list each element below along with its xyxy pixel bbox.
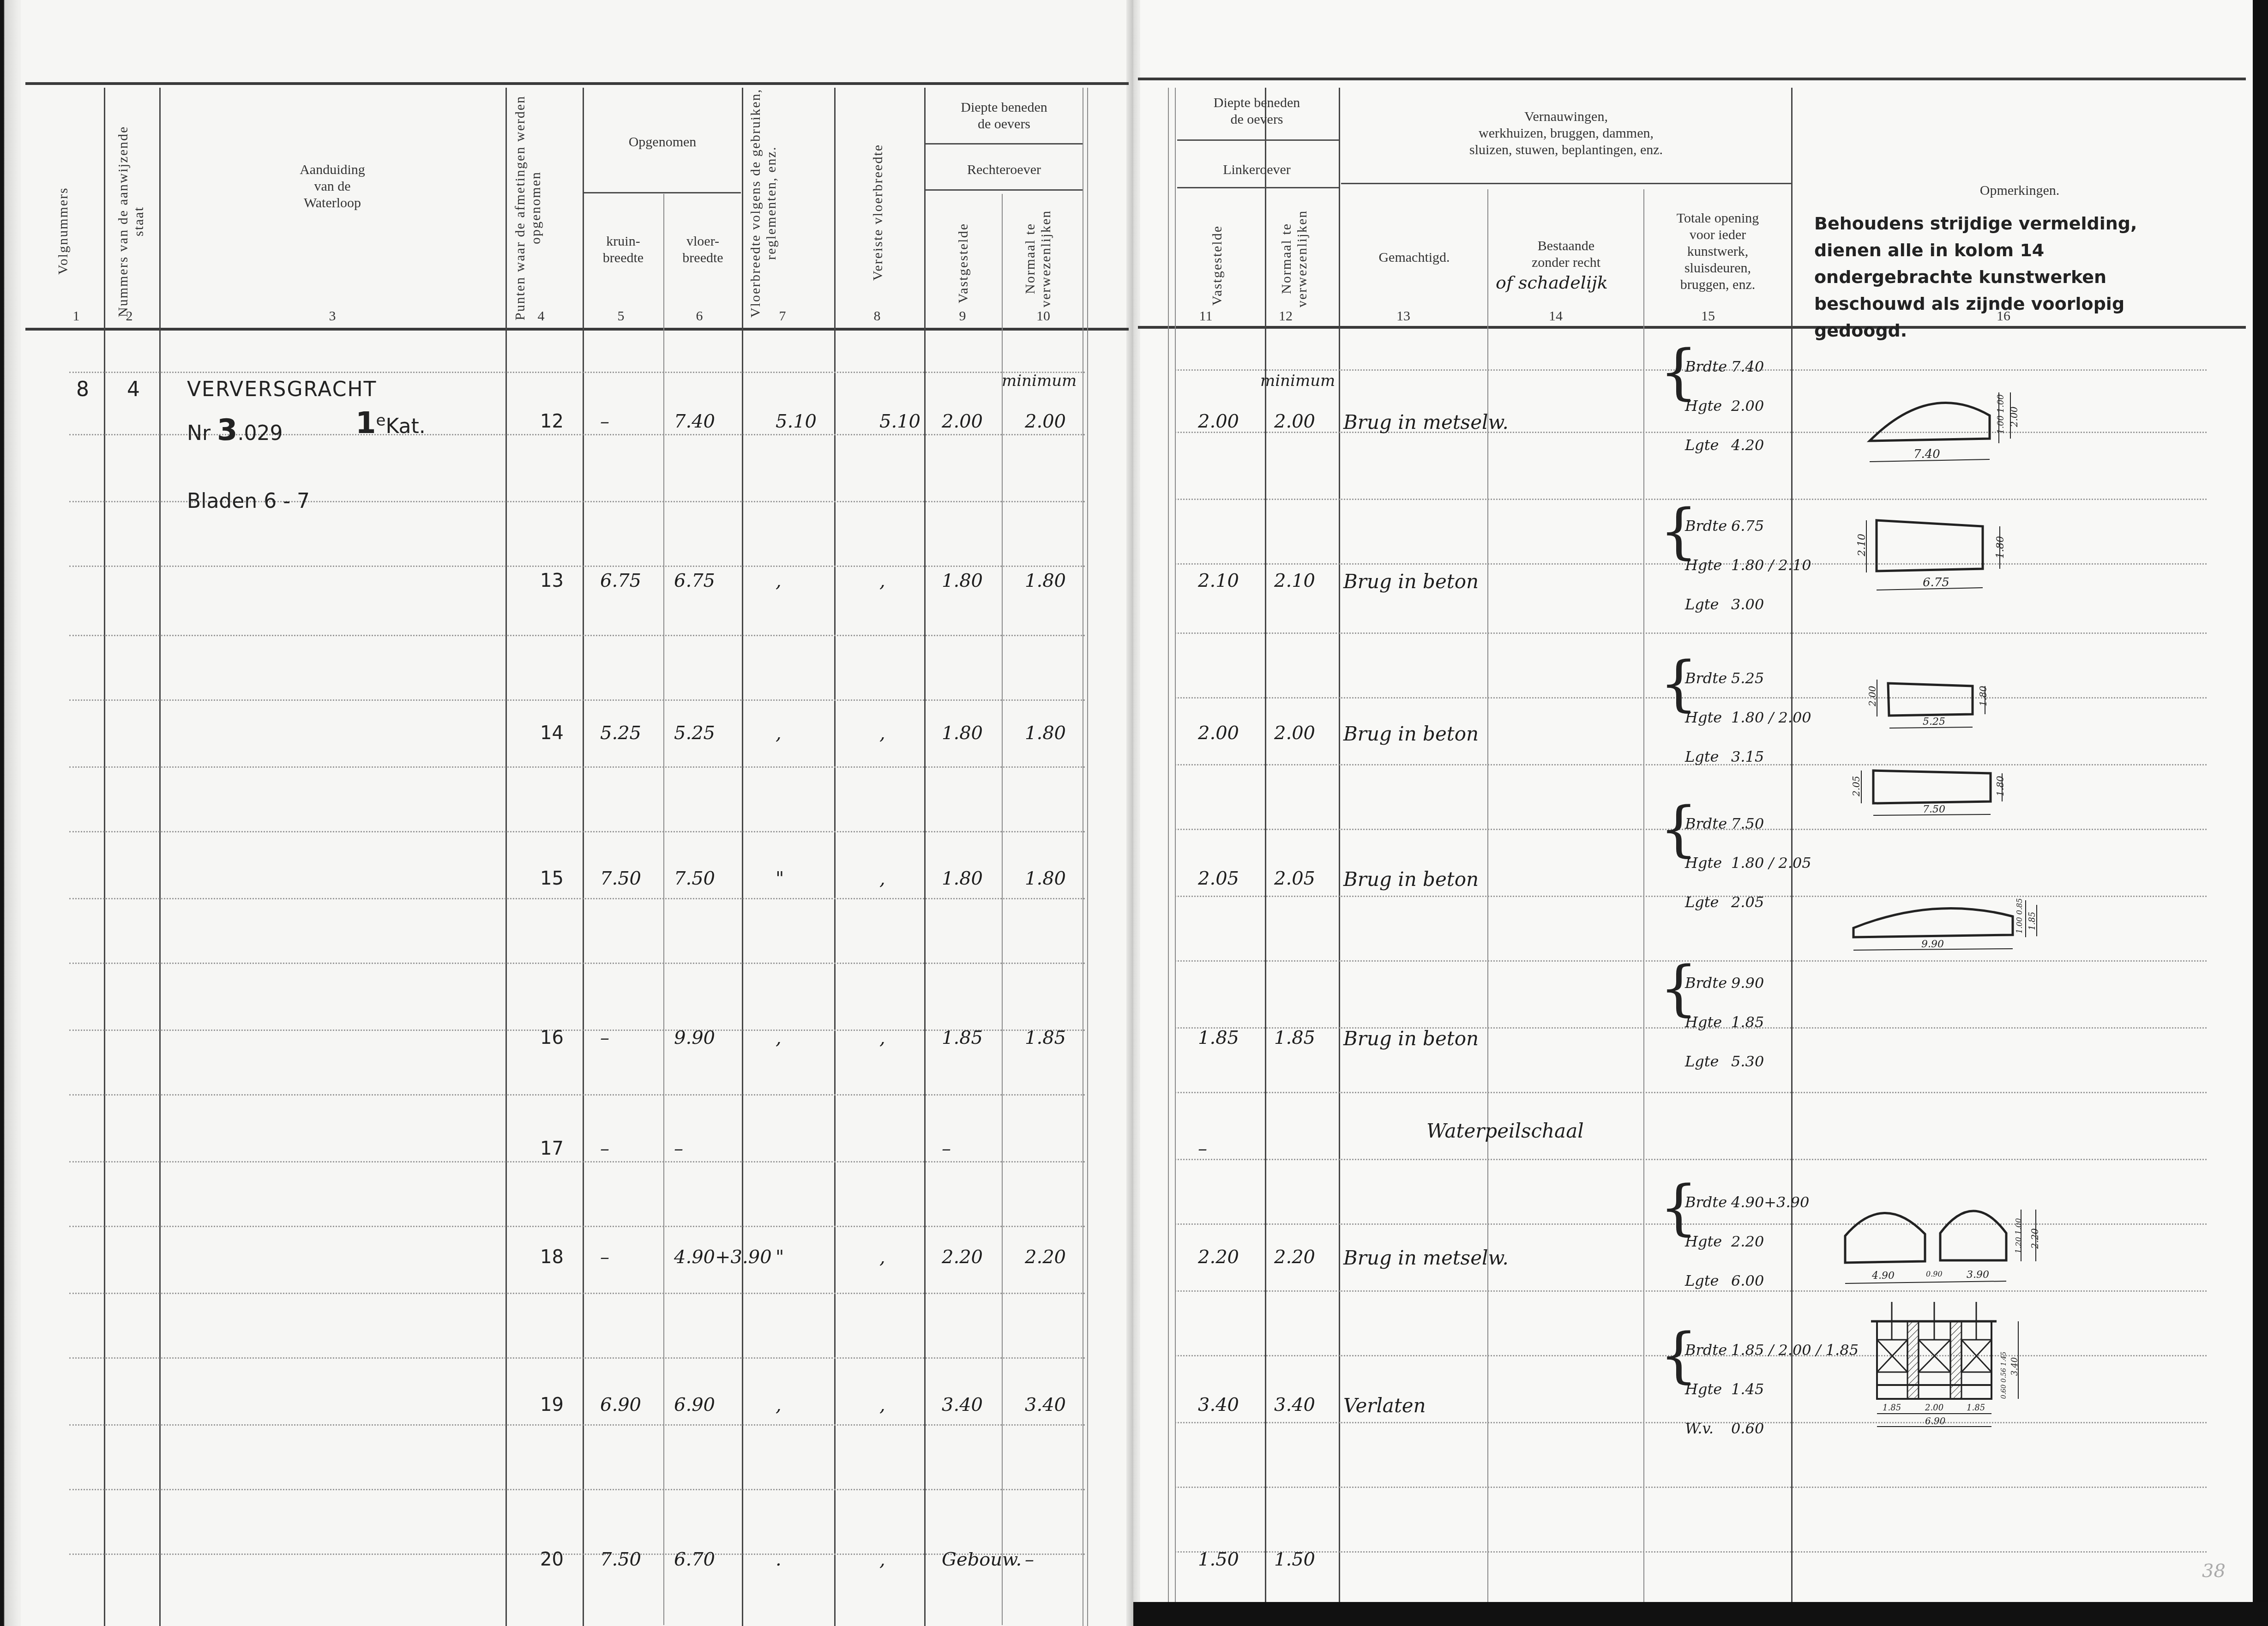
row-opening-label: Lgte — [1685, 893, 1719, 911]
header-linkeroever: Linkeroever — [1177, 162, 1336, 178]
book-left-edge — [0, 0, 21, 1626]
col-divider — [583, 88, 584, 1626]
diepte-rule — [926, 143, 1083, 145]
col-divider — [1002, 194, 1003, 1625]
header-vastgestelde-right: Vastgestelde — [956, 208, 971, 319]
row-vloerbreedte-gebruiken: , — [776, 1394, 782, 1415]
ruled-line — [69, 566, 1085, 567]
svg-text:1.20 1.00: 1.20 1.00 — [2014, 1218, 2023, 1253]
ruled-line — [69, 1357, 1085, 1359]
row-opening-value: 3.00 — [1731, 596, 1764, 613]
page-number: 38 — [2202, 1560, 2226, 1582]
row-linker-normaal: 2.10 — [1274, 570, 1315, 591]
svg-text:2.05: 2.05 — [1851, 776, 1862, 797]
row-vloerbreedte-gebruiken: , — [776, 1027, 782, 1048]
row-gemachtigd: Waterpeilschaal — [1426, 1120, 1584, 1142]
row-opening-label: Brdte — [1685, 669, 1727, 687]
row-kruinbreedte: 6.90 — [600, 1394, 641, 1415]
row-kruinbreedte: 5.25 — [600, 723, 641, 744]
entry-categorie: 1eKat. — [355, 406, 426, 440]
row-rechter-normaal: 1.80 — [1025, 723, 1066, 744]
row-rechter-vastgestelde: 1.80 — [942, 868, 983, 889]
ruled-line — [69, 635, 1085, 636]
row-punt: 17 — [540, 1138, 564, 1159]
row-opening-label: Lgte — [1685, 1053, 1719, 1070]
svg-text:1.00 1.00: 1.00 1.00 — [1996, 394, 2006, 434]
row-opening-value: 2.05 — [1731, 893, 1764, 911]
header-opmerkingen: Opmerkingen. — [1793, 182, 2246, 199]
col-divider — [1087, 88, 1088, 1626]
svg-text:6.90: 6.90 — [1925, 1415, 1946, 1427]
header-vernauwingen: Vernauwingen, werkhuizen, bruggen, damme… — [1341, 108, 1791, 158]
row-linker-normaal: 2.05 — [1274, 868, 1315, 889]
row-punt: 13 — [540, 570, 564, 591]
row-opening-label: Lgte — [1685, 748, 1719, 765]
row-opening-label: Hgte — [1685, 1380, 1722, 1398]
row-opening-value: 2.20 — [1731, 1233, 1764, 1250]
row-rechter-vastgestelde: 1.80 — [942, 570, 983, 591]
entry-waterloop-name: VERVERSGRACHT — [187, 378, 377, 401]
row-kruinbreedte: – — [600, 1027, 609, 1048]
header-normaal-right: Normaal te verwezenlijken — [1023, 199, 1064, 319]
row-gemachtigd: Brug in beton — [1343, 723, 1479, 745]
svg-text:1.85: 1.85 — [1883, 1403, 1901, 1413]
row-linker-vastgestelde: 2.05 — [1198, 868, 1239, 889]
row-linker-vastgestelde: 2.00 — [1198, 411, 1239, 432]
row-vloerbreedte: 5.25 — [674, 723, 715, 744]
row-rechter-normaal: 2.00 — [1025, 411, 1066, 432]
column-number: 7 — [769, 308, 796, 324]
column-number: 2 — [115, 308, 143, 324]
row-opening-label: Hgte — [1685, 556, 1722, 574]
row-rechter-normaal: – — [1025, 1549, 1034, 1570]
row-vloerbreedte: 9.90 — [674, 1027, 715, 1048]
row-opening-label: Brdte — [1685, 1341, 1727, 1359]
svg-text:2.00: 2.00 — [1925, 1403, 1943, 1413]
entry-bladen: Bladen 6 - 7 — [187, 489, 310, 513]
svg-text:2.20: 2.20 — [2029, 1228, 2040, 1249]
ruled-line — [69, 766, 1085, 768]
row-opening-value: 1.80 / 2.00 — [1731, 709, 1811, 726]
column-number: 6 — [686, 308, 713, 324]
row-rechter-vastgestelde: Gebouw. — [942, 1549, 1022, 1570]
header-diepte-beneden-oevers: Diepte benedende oevers — [926, 99, 1083, 132]
ruled-line — [69, 372, 1085, 373]
row-linker-vastgestelde: 1.50 — [1198, 1549, 1239, 1570]
row-opening-value: 9.90 — [1731, 974, 1764, 992]
row-linker-normaal: 3.40 — [1274, 1394, 1315, 1415]
svg-text:3.90: 3.90 — [1967, 1269, 1989, 1281]
column-number: 3 — [319, 308, 346, 324]
header-gemachtigd: Gemachtigd. — [1341, 249, 1487, 266]
sketch-row-16: 9.90 1.00 0.85 1.85 — [1853, 898, 2037, 950]
svg-text:3.40: 3.40 — [2010, 1357, 2020, 1376]
row-kruinbreedte: 7.50 — [600, 868, 641, 889]
header-volgnummers: Volgnummers — [55, 139, 71, 323]
row-punt: 18 — [540, 1247, 564, 1268]
row-punt: 12 — [540, 411, 564, 432]
svg-text:1.80: 1.80 — [1995, 536, 2006, 559]
svg-text:2.00: 2.00 — [1867, 686, 1878, 707]
row-opening-value: 2.00 — [1731, 397, 1764, 415]
header-bestaande-zonder-recht: Bestaandezonder recht — [1489, 238, 1643, 271]
row-gemachtigd: Verlaten — [1343, 1394, 1426, 1417]
col-divider — [742, 88, 743, 1626]
ruled-line — [69, 963, 1085, 964]
row-opening-value: 6.00 — [1731, 1272, 1764, 1289]
opgenomen-rule — [584, 192, 741, 193]
header-rechteroever: Rechteroever — [926, 162, 1083, 178]
row-rechter-vastgestelde: 1.80 — [942, 723, 983, 744]
row-opening-label: Hgte — [1685, 854, 1722, 872]
row-opening-label: W.v. — [1685, 1420, 1714, 1437]
ruled-line — [69, 1554, 1085, 1555]
row-opening-value: 1.80 / 2.10 — [1731, 556, 1811, 574]
row-opening-value: 7.40 — [1731, 358, 1764, 375]
row-opening-value: 5.25 — [1731, 669, 1764, 687]
row-opening-value: 5.30 — [1731, 1053, 1764, 1070]
row-punt: 14 — [540, 723, 564, 744]
book-bottom-edge — [1133, 1602, 2268, 1626]
header-bottom-rule — [25, 328, 1129, 331]
header-opgenomen: Opgenomen — [584, 134, 741, 151]
column-number: 13 — [1390, 308, 1417, 324]
row-vloerbreedte-gebruiken: , — [776, 570, 782, 591]
row-vereiste-vloerbreedte: , — [879, 868, 885, 889]
row-opening-value: 3.15 — [1731, 748, 1764, 765]
header-aanduiding: Aanduiding van de Waterloop — [249, 162, 415, 211]
row-punt: 19 — [540, 1394, 564, 1415]
header-totale-opening: Totale openingvoor iederkunstwerk,sluisd… — [1644, 210, 1791, 293]
svg-text:1.80: 1.80 — [1978, 686, 1989, 706]
header-top-rule — [25, 82, 1129, 85]
row-rechter-normaal: 1.80 — [1025, 570, 1066, 591]
row-vereiste-vloerbreedte: , — [879, 1027, 885, 1048]
svg-text:7.50: 7.50 — [1923, 804, 1945, 815]
sketch-row-18: 4.90 0.90 3.90 1.20 1.00 2.20 — [1845, 1210, 2040, 1283]
row-rechter-vastgestelde: 2.20 — [942, 1247, 983, 1268]
svg-text:2.00: 2.00 — [2009, 406, 2020, 428]
svg-text:1.85: 1.85 — [2027, 912, 2037, 930]
svg-text:1.80: 1.80 — [1995, 776, 2006, 796]
row-vloerbreedte: 6.75 — [674, 570, 715, 591]
col-divider — [104, 88, 105, 1626]
header-normaal-left: Normaal te verwezenlijken — [1279, 199, 1320, 319]
row-kruinbreedte: – — [600, 1247, 609, 1268]
diepte-rule-right — [1177, 139, 1339, 141]
row-opening-label: Brdte — [1685, 1193, 1727, 1211]
row-vloerbreedte-gebruiken: " — [776, 868, 784, 889]
row-opening-label: Brdte — [1685, 358, 1727, 375]
svg-text:0.60 0.56 1.45: 0.60 0.56 1.45 — [2000, 1351, 2008, 1399]
column-number: 4 — [527, 308, 555, 324]
svg-text:7.40: 7.40 — [1913, 447, 1940, 461]
col-divider — [1265, 88, 1266, 1602]
row-gemachtigd: Brug in beton — [1343, 570, 1479, 593]
row-vereiste-vloerbreedte: 5.10 — [879, 411, 920, 432]
col-divider — [1083, 88, 1083, 1626]
row-vereiste-vloerbreedte: , — [879, 570, 885, 591]
row-opening-label: Hgte — [1685, 1013, 1722, 1031]
header-vloerbreedte-gebruiken: Vloerbreedte volgens de gebruiken, regle… — [748, 88, 829, 319]
column-number: 9 — [949, 308, 976, 324]
row-gemachtigd: Brug in metselw. — [1343, 1247, 1509, 1269]
row-linker-vastgestelde: 1.85 — [1198, 1027, 1239, 1048]
row-opening-value: 7.50 — [1731, 815, 1764, 832]
col-divider — [834, 88, 836, 1626]
row-linker-vastgestelde: – — [1198, 1138, 1207, 1159]
header-vloerbreedte: vloer-breedte — [665, 233, 741, 266]
row-vloerbreedte: 7.50 — [674, 868, 715, 889]
column-number: 8 — [863, 308, 891, 324]
remark-text: Behoudens strijdige vermelding, dienen a… — [1814, 210, 2193, 344]
column-number: 15 — [1694, 308, 1722, 324]
row-rechter-vastgestelde: 3.40 — [942, 1394, 983, 1415]
column-number: 5 — [607, 308, 635, 324]
ruled-line — [69, 1489, 1085, 1490]
ruled-line — [69, 1030, 1085, 1031]
row-punt: 16 — [540, 1027, 564, 1048]
header-vereiste-vloerbreedte: Vereiste vloerbreedte — [870, 111, 886, 314]
sketch-row-13: 6.75 2.10 1.80 — [1856, 520, 2006, 590]
row-rechter-normaal: 2.20 — [1025, 1247, 1066, 1268]
ruled-line — [69, 1094, 1085, 1096]
row-punt: 15 — [540, 868, 564, 889]
row-vloerbreedte-gebruiken: , — [776, 723, 782, 744]
row-opening-label: Lgte — [1685, 596, 1719, 613]
row-vloerbreedte: 6.70 — [674, 1549, 715, 1570]
row-opening-label: Brdte — [1685, 517, 1727, 535]
ruled-line — [69, 898, 1085, 899]
col-divider — [159, 88, 161, 1626]
vernauwingen-rule — [1341, 183, 1791, 184]
row-opening-label: Lgte — [1685, 436, 1719, 454]
row-vereiste-vloerbreedte: , — [879, 723, 885, 744]
column-number: 10 — [1029, 308, 1057, 324]
col-divider — [1791, 88, 1793, 1602]
row-vloerbreedte: 4.90+3.90 — [674, 1247, 772, 1268]
svg-text:0.90: 0.90 — [1926, 1270, 1943, 1278]
book-gutter — [1126, 0, 1140, 1626]
row-linker-vastgestelde: 3.40 — [1198, 1394, 1239, 1415]
svg-text:1.00 0.85: 1.00 0.85 — [2015, 898, 2024, 933]
ruled-line — [69, 1161, 1085, 1162]
svg-text:9.90: 9.90 — [1921, 939, 1944, 950]
ruled-line — [69, 699, 1085, 701]
row-gemachtigd: Brug in beton — [1343, 1027, 1479, 1050]
rechteroever-rule — [926, 189, 1083, 191]
sketch-row-19: 1.85 2.00 1.85 6.90 3.40 0.60 0.56 1.45 — [1871, 1302, 2020, 1427]
linkeroever-rule — [1177, 187, 1339, 188]
minimum-label-left: minimum — [1260, 372, 1335, 390]
book-right-edge — [2253, 0, 2268, 1626]
sketch-row-12: 7.40 1.00 1.00 2.00 — [1870, 392, 2020, 462]
col-divider — [505, 88, 507, 1626]
row-linker-vastgestelde: 2.00 — [1198, 723, 1239, 744]
row-vloerbreedte-gebruiken: " — [776, 1247, 784, 1268]
col-divider — [1168, 88, 1169, 1602]
row-vereiste-vloerbreedte: , — [879, 1247, 885, 1268]
svg-text:6.75: 6.75 — [1923, 576, 1949, 590]
row-linker-normaal: 2.00 — [1274, 411, 1315, 432]
sketch-row-14: 5.25 2.00 1.80 — [1867, 680, 1989, 728]
entry-volgnummer: 8 — [76, 378, 89, 401]
row-opening-label: Hgte — [1685, 1233, 1722, 1250]
row-rechter-normaal: 1.85 — [1025, 1027, 1066, 1048]
header-kruinbreedte: kruin-breedte — [584, 233, 662, 266]
row-opening-value: 6.75 — [1731, 517, 1764, 535]
row-rechter-vastgestelde: – — [942, 1138, 951, 1159]
ruled-line — [69, 1226, 1085, 1227]
minimum-label-right: minimum — [1002, 372, 1077, 390]
row-rechter-normaal: 3.40 — [1025, 1394, 1066, 1415]
row-opening-value: 1.85 — [1731, 1013, 1764, 1031]
column-number: 14 — [1542, 308, 1570, 324]
row-vereiste-vloerbreedte: , — [879, 1549, 885, 1570]
svg-text:1.85: 1.85 — [1967, 1403, 1985, 1413]
header-vastgestelde-left: Vastgestelde — [1209, 212, 1225, 319]
row-vloerbreedte: 6.90 — [674, 1394, 715, 1415]
row-opening-value: 1.80 / 2.05 — [1731, 854, 1811, 872]
row-linker-normaal: 1.85 — [1274, 1027, 1315, 1048]
row-punt: 20 — [540, 1549, 564, 1570]
row-vloerbreedte: 7.40 — [674, 411, 715, 432]
row-opening-label: Hgte — [1685, 397, 1722, 415]
row-kruinbreedte: 6.75 — [600, 570, 641, 591]
ruled-line — [69, 831, 1085, 832]
column-number: 1 — [62, 308, 90, 324]
row-vloerbreedte-gebruiken: . — [776, 1549, 782, 1570]
row-linker-normaal: 2.20 — [1274, 1247, 1315, 1268]
col-divider — [924, 88, 926, 1626]
row-kruinbreedte: – — [600, 411, 609, 432]
row-opening-value: 4.20 — [1731, 436, 1764, 454]
row-vloerbreedte-gebruiken: 5.10 — [776, 411, 817, 432]
col-divider — [663, 194, 664, 1625]
row-linker-normaal: 2.00 — [1274, 723, 1315, 744]
ruled-line — [69, 1424, 1085, 1426]
row-kruinbreedte: – — [600, 1138, 609, 1159]
col-divider — [1175, 88, 1176, 1602]
header-of-schadelijk: of schadelijk — [1496, 272, 1608, 293]
sketch-row-15: 7.50 2.05 1.80 — [1851, 771, 2006, 815]
row-linker-vastgestelde: 2.10 — [1198, 570, 1239, 591]
row-rechter-vastgestelde: 2.00 — [942, 411, 983, 432]
header-nummers-aanwijzende-staat: Nummers van de aanwijzende staat — [115, 125, 152, 319]
row-opening-label: Hgte — [1685, 709, 1722, 726]
row-vereiste-vloerbreedte: , — [879, 1394, 885, 1415]
entry-aanwijzende-staat: 4 — [127, 378, 140, 401]
col-divider — [1339, 88, 1340, 1602]
row-opening-value: 1.45 — [1731, 1380, 1764, 1398]
row-linker-vastgestelde: 2.20 — [1198, 1247, 1239, 1268]
row-gemachtigd: Brug in beton — [1343, 868, 1479, 891]
bridge-sketches: 7.40 1.00 1.00 2.00 6.75 2.10 1.80 5.25 … — [1800, 369, 2216, 1570]
row-kruinbreedte: 7.50 — [600, 1549, 641, 1570]
entry-nummer: Nr 3.029 — [187, 413, 283, 447]
row-opening-label: Brdte — [1685, 974, 1727, 992]
header-diepte-beneden-oevers-left: Diepte benedende oevers — [1177, 95, 1336, 128]
svg-text:5.25: 5.25 — [1923, 716, 1945, 728]
row-vloerbreedte: – — [674, 1138, 683, 1159]
row-opening-label: Lgte — [1685, 1272, 1719, 1289]
row-opening-value: 0.60 — [1731, 1420, 1764, 1437]
row-gemachtigd: Brug in metselw. — [1343, 411, 1509, 434]
ruled-line — [69, 1293, 1085, 1294]
svg-text:2.10: 2.10 — [1856, 534, 1868, 557]
row-opening-label: Brdte — [1685, 815, 1727, 832]
header-top-rule-right — [1138, 78, 2246, 80]
row-rechter-vastgestelde: 1.85 — [942, 1027, 983, 1048]
row-linker-normaal: 1.50 — [1274, 1549, 1315, 1570]
row-opening-value: 4.90+3.90 — [1731, 1193, 1809, 1211]
row-rechter-normaal: 1.80 — [1025, 868, 1066, 889]
header-punten: Punten waar de afmetingen werden opgenom… — [512, 92, 577, 323]
svg-text:4.90: 4.90 — [1871, 1270, 1895, 1282]
